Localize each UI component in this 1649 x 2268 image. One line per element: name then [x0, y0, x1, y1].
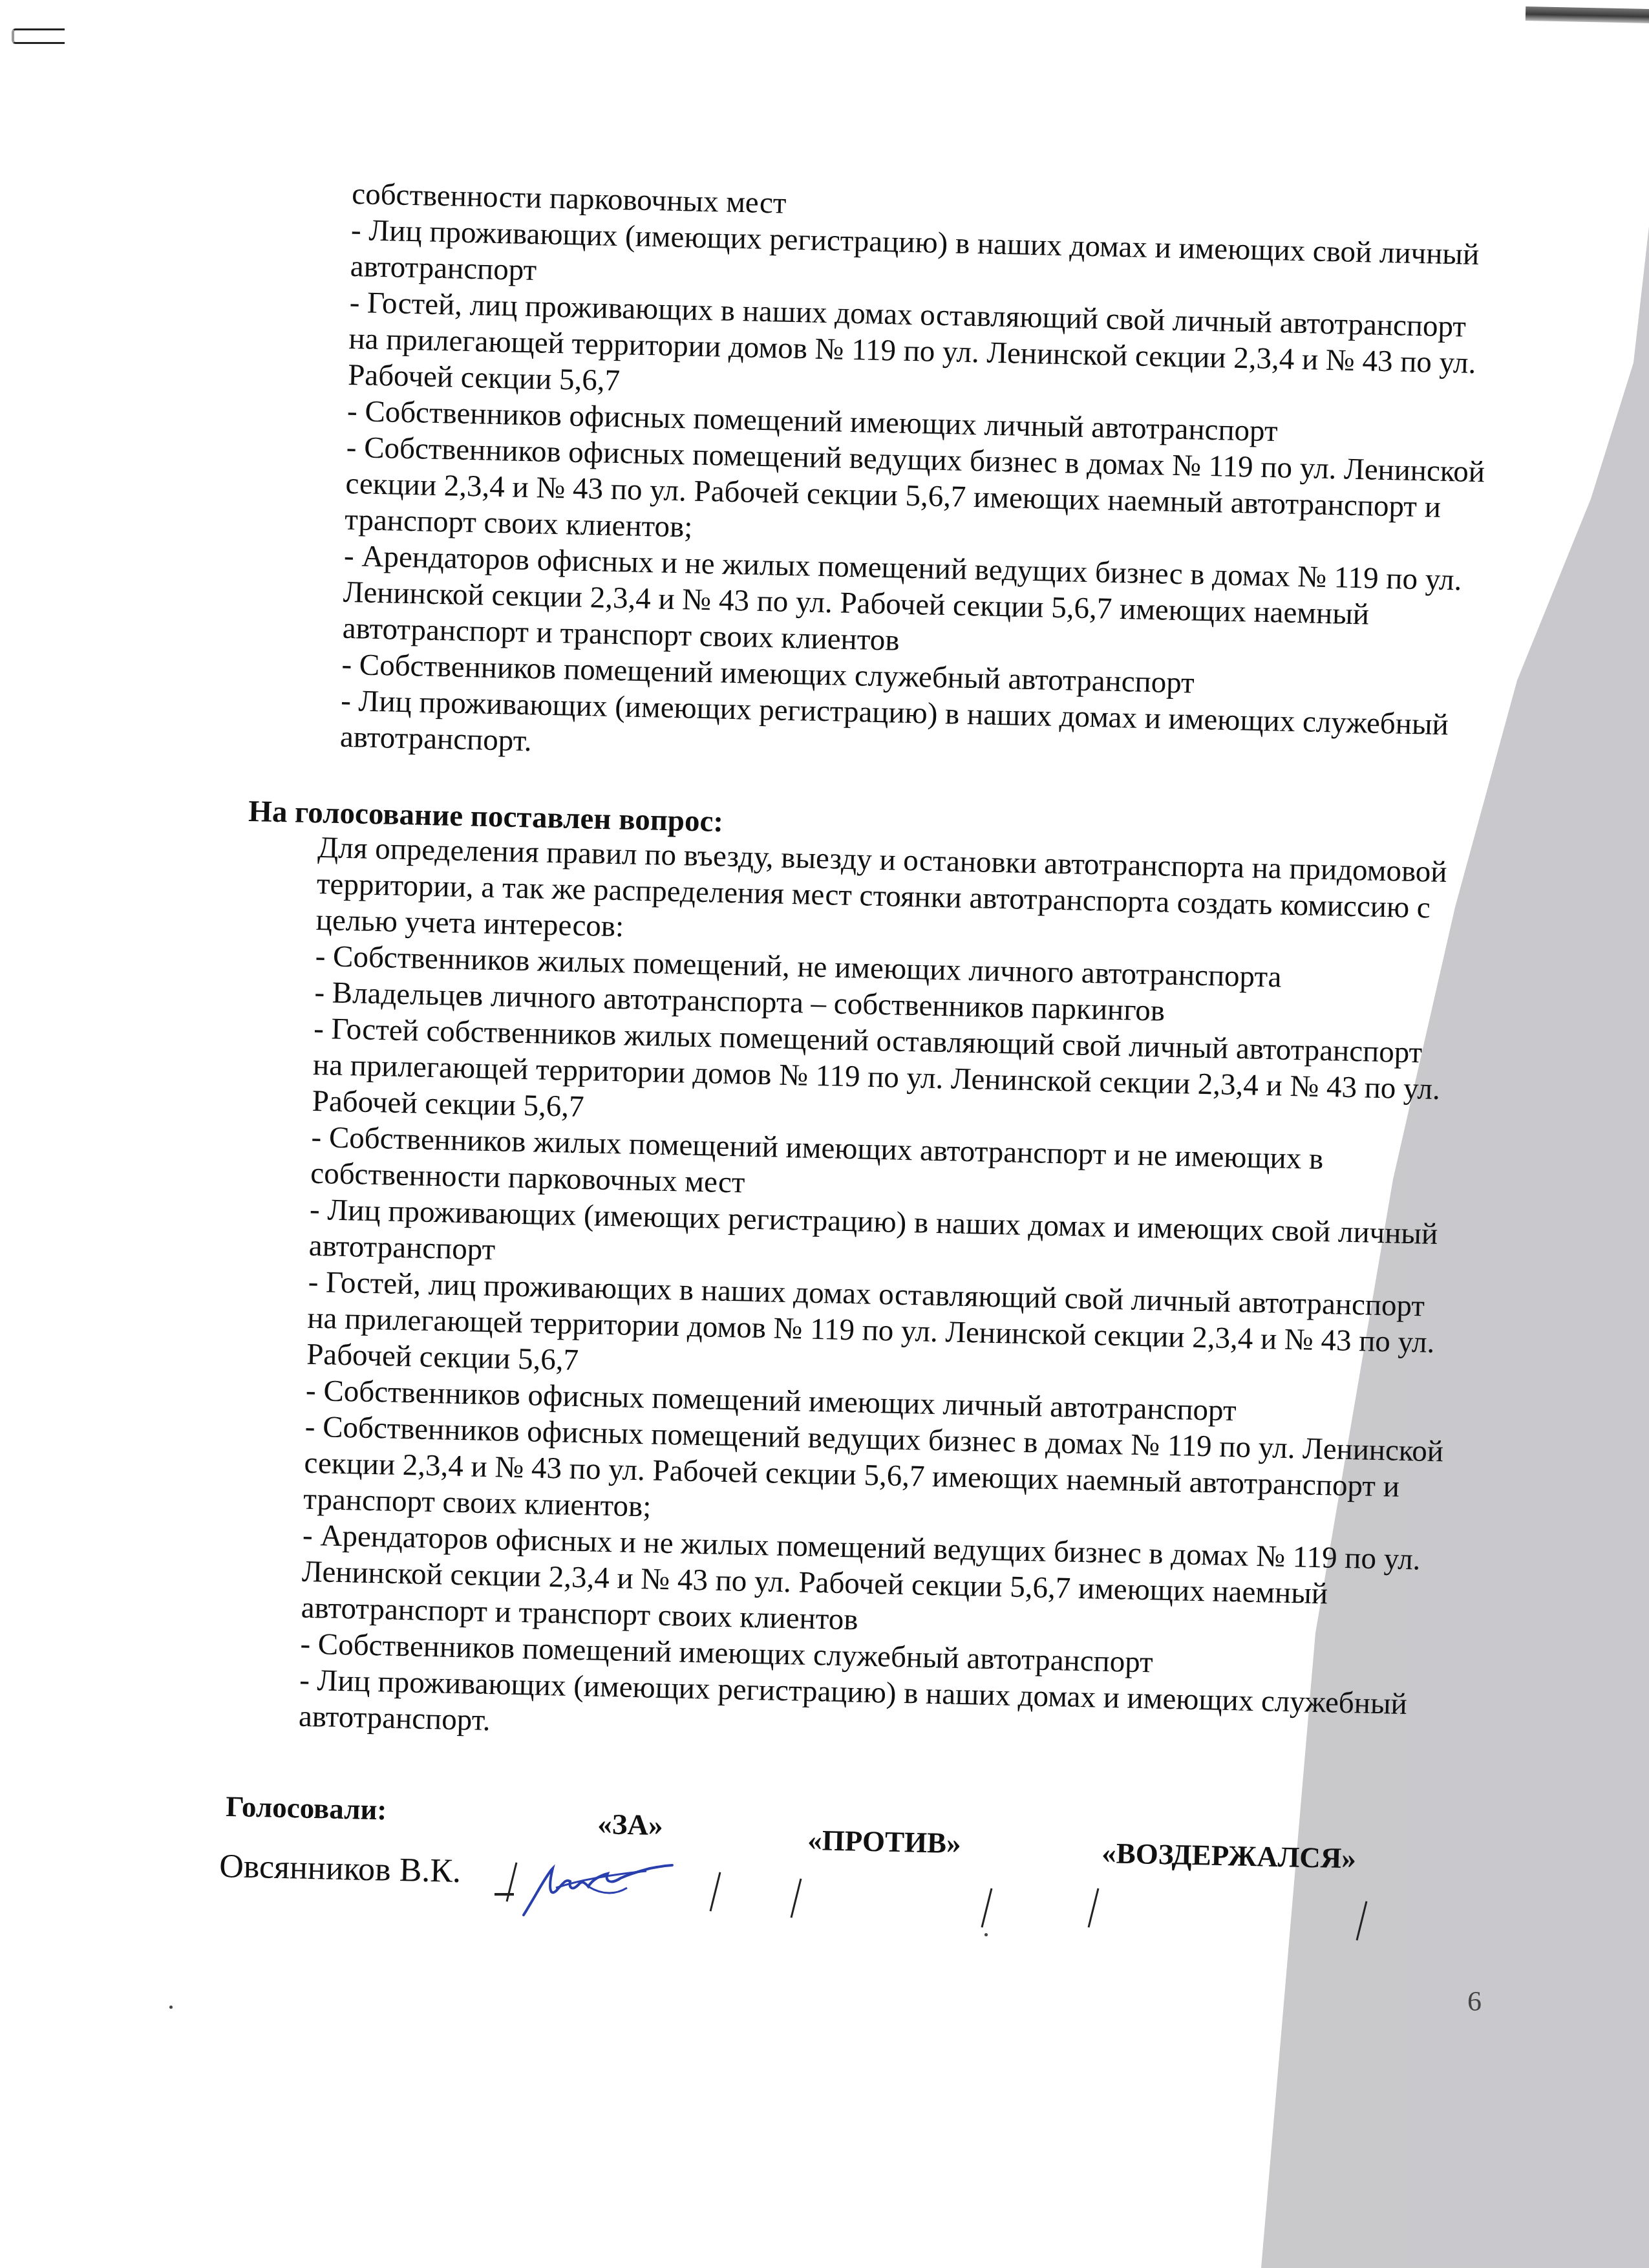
- field-separator: [1088, 1888, 1100, 1928]
- scan-speck: [984, 1933, 988, 1936]
- voting-title: Голосовали:: [226, 1790, 387, 1826]
- vote-column-abstained: «ВОЗДЕРЖАЛСЯ»: [1101, 1836, 1356, 1876]
- field-separator: [710, 1872, 721, 1912]
- signature-icon: [517, 1862, 685, 1920]
- question-text: Для определения правил по въезду, выезду…: [298, 829, 1456, 1759]
- vote-column-against: «ПРОТИВ»: [807, 1823, 961, 1860]
- signature-underline: [495, 1893, 514, 1896]
- field-separator: [506, 1863, 518, 1902]
- document-page: собственности парковочных мест- Лиц прож…: [0, 0, 1649, 2268]
- scan-speck: [169, 2006, 173, 2009]
- field-separator: [1356, 1901, 1368, 1941]
- voter-name: Овсянников В.К.: [219, 1847, 462, 1890]
- field-separator: [791, 1879, 802, 1918]
- field-separator: [981, 1888, 993, 1928]
- page-number: 6: [1467, 1985, 1482, 2018]
- vote-column-for: «ЗА»: [597, 1807, 663, 1842]
- continuation-list: собственности парковочных мест- Лиц прож…: [339, 176, 1491, 780]
